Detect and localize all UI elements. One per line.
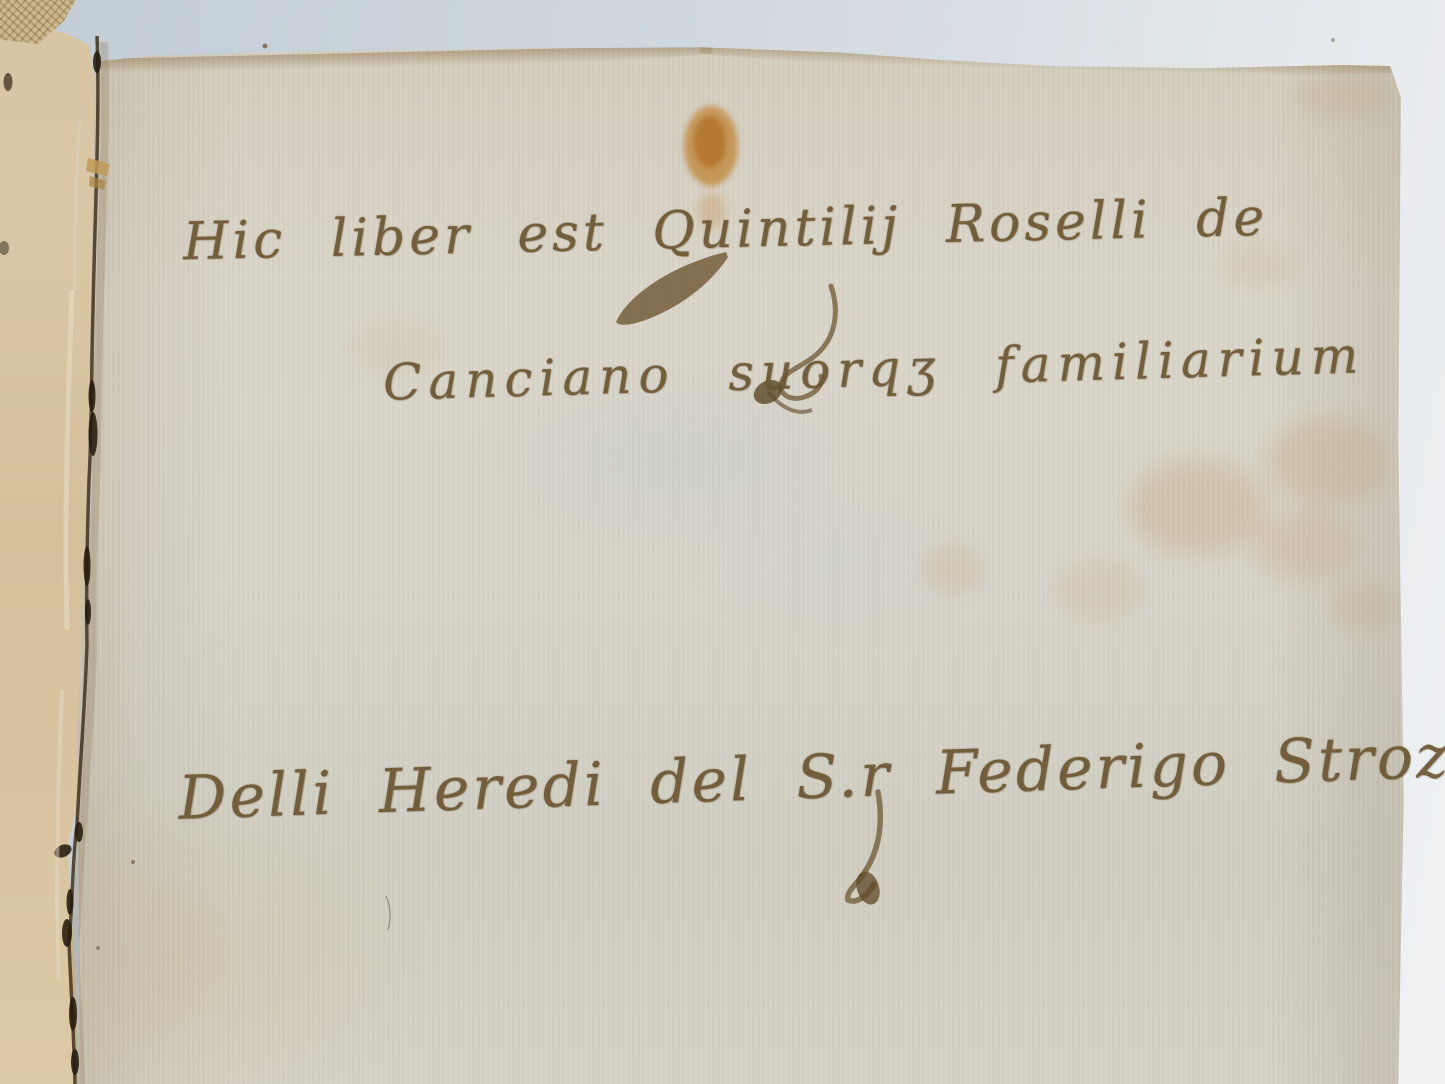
ink-stain-orange-core xyxy=(694,116,726,168)
page-top-edge-right xyxy=(700,45,1400,79)
stain-upper-right-3 xyxy=(1252,510,1357,582)
stain-under-line1 xyxy=(1220,245,1295,287)
page-top-edge-left xyxy=(60,45,712,75)
stain-upper-right-4 xyxy=(1328,580,1400,632)
stain-center-1 xyxy=(922,545,984,593)
stain-top-right-corner xyxy=(1295,76,1390,118)
stain-upper-right-1 xyxy=(1128,460,1268,555)
stain-center-2 xyxy=(1055,560,1143,620)
book-photo: Hic liber est Quintilij Roselli de Canci… xyxy=(0,0,1445,1084)
stain-upper-right-2 xyxy=(1265,418,1390,506)
